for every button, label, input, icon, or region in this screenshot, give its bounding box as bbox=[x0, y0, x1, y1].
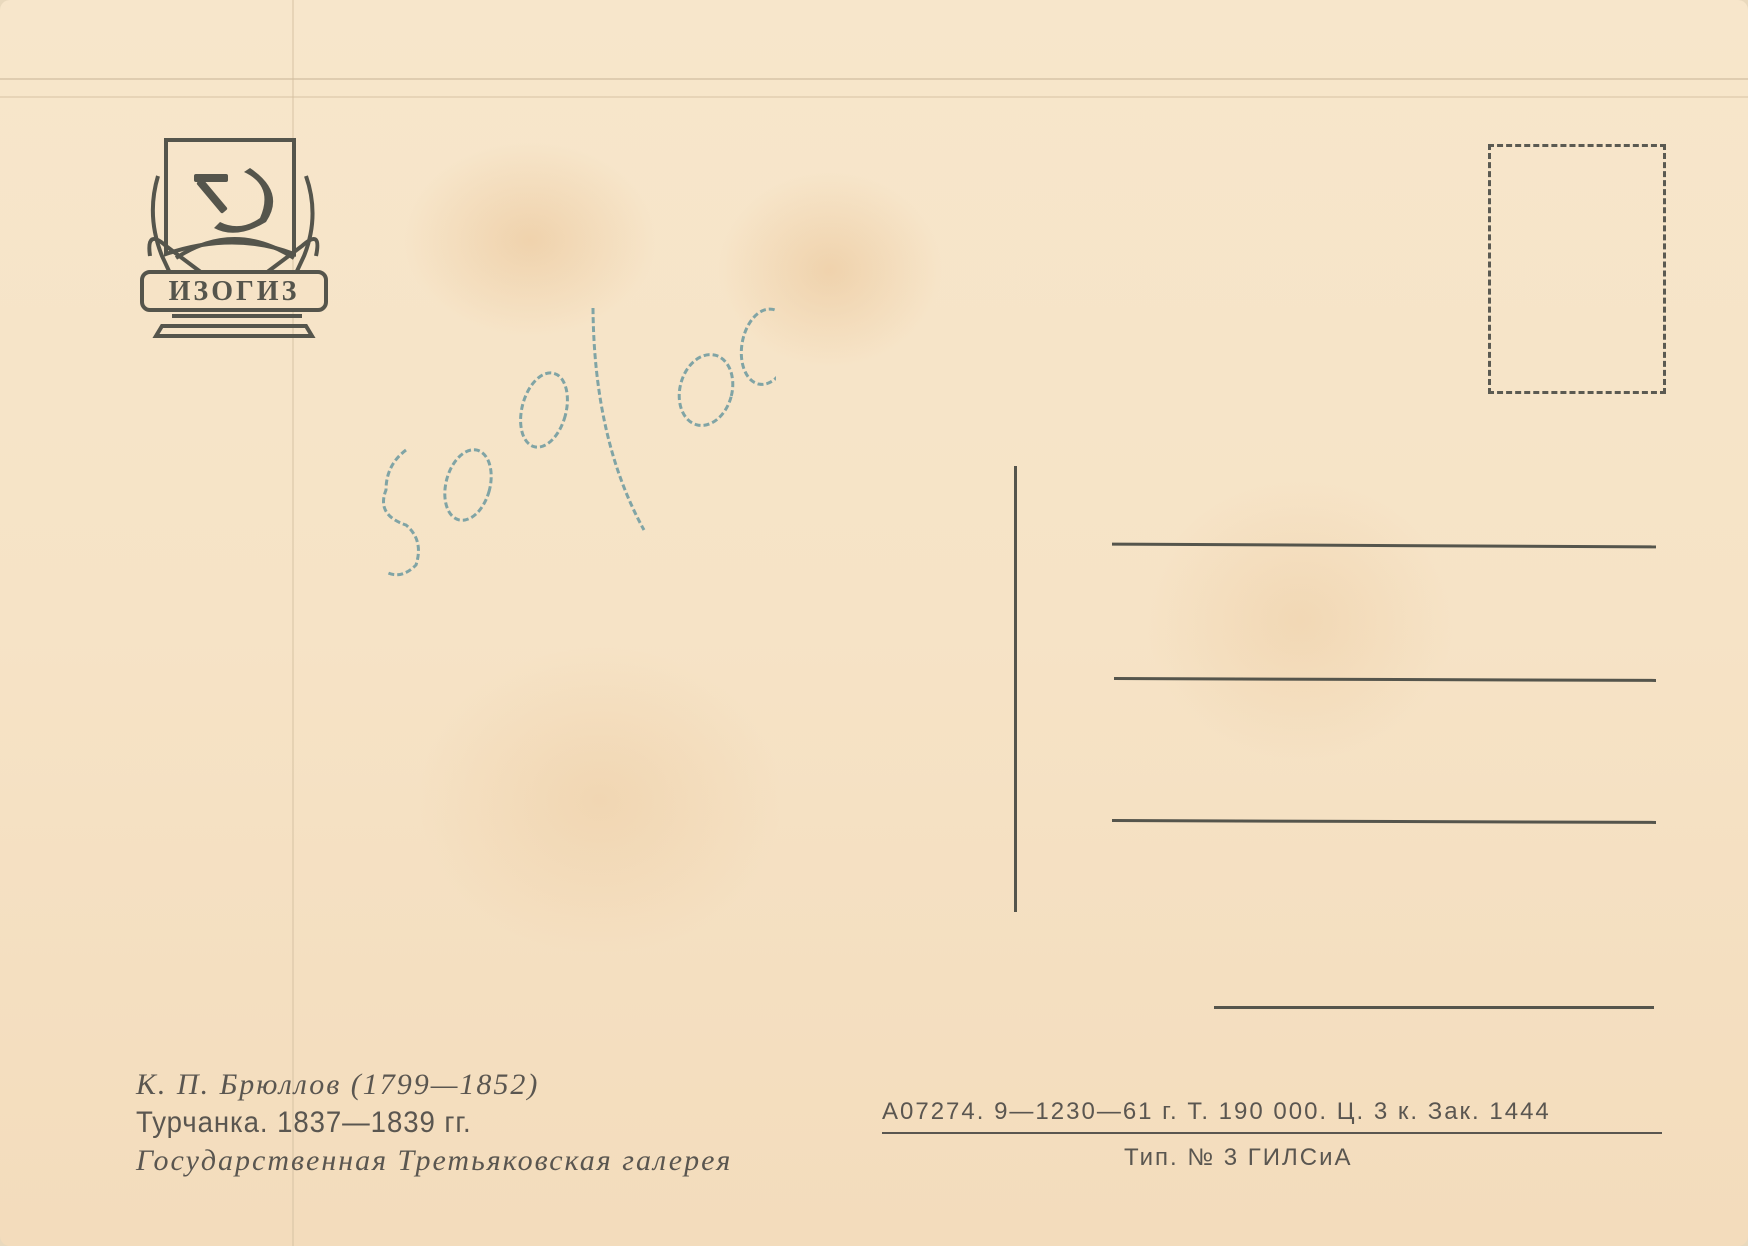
handwritten-pencil-note: 500/100 bbox=[356, 290, 776, 580]
artwork-caption: К. П. Брюллов (1799—1852) Турчанка. 1837… bbox=[136, 1066, 732, 1180]
address-line-3 bbox=[1112, 819, 1656, 824]
hammer-and-sickle-icon bbox=[136, 136, 332, 342]
izogiz-logo: ИЗОГИЗ bbox=[136, 136, 332, 342]
printer-line: Тип. № 3 ГИЛСиА bbox=[1124, 1144, 1353, 1172]
divider-line bbox=[1014, 466, 1017, 912]
top-crease-2 bbox=[0, 96, 1748, 98]
print-imprint: А07274. 9—1230—61 г. Т. 190 000. Ц. 3 к.… bbox=[882, 1098, 1662, 1126]
address-line-2 bbox=[1114, 677, 1656, 682]
top-crease bbox=[0, 78, 1748, 80]
imprint-underline bbox=[882, 1132, 1662, 1134]
stamp-placeholder-box bbox=[1488, 144, 1666, 394]
artwork-title: Турчанка. 1837—1839 гг. bbox=[136, 1104, 472, 1142]
museum-line: Государственная Третьяковская галерея bbox=[136, 1142, 732, 1180]
postcard-back: ИЗОГИЗ 500/100 К. П. Брюллов (1799—1852)… bbox=[0, 0, 1748, 1246]
publisher-name: ИЗОГИЗ bbox=[150, 276, 318, 308]
address-line-4 bbox=[1214, 1006, 1654, 1009]
artist-line: К. П. Брюллов (1799—1852) bbox=[136, 1066, 732, 1104]
address-line-1 bbox=[1112, 543, 1656, 549]
